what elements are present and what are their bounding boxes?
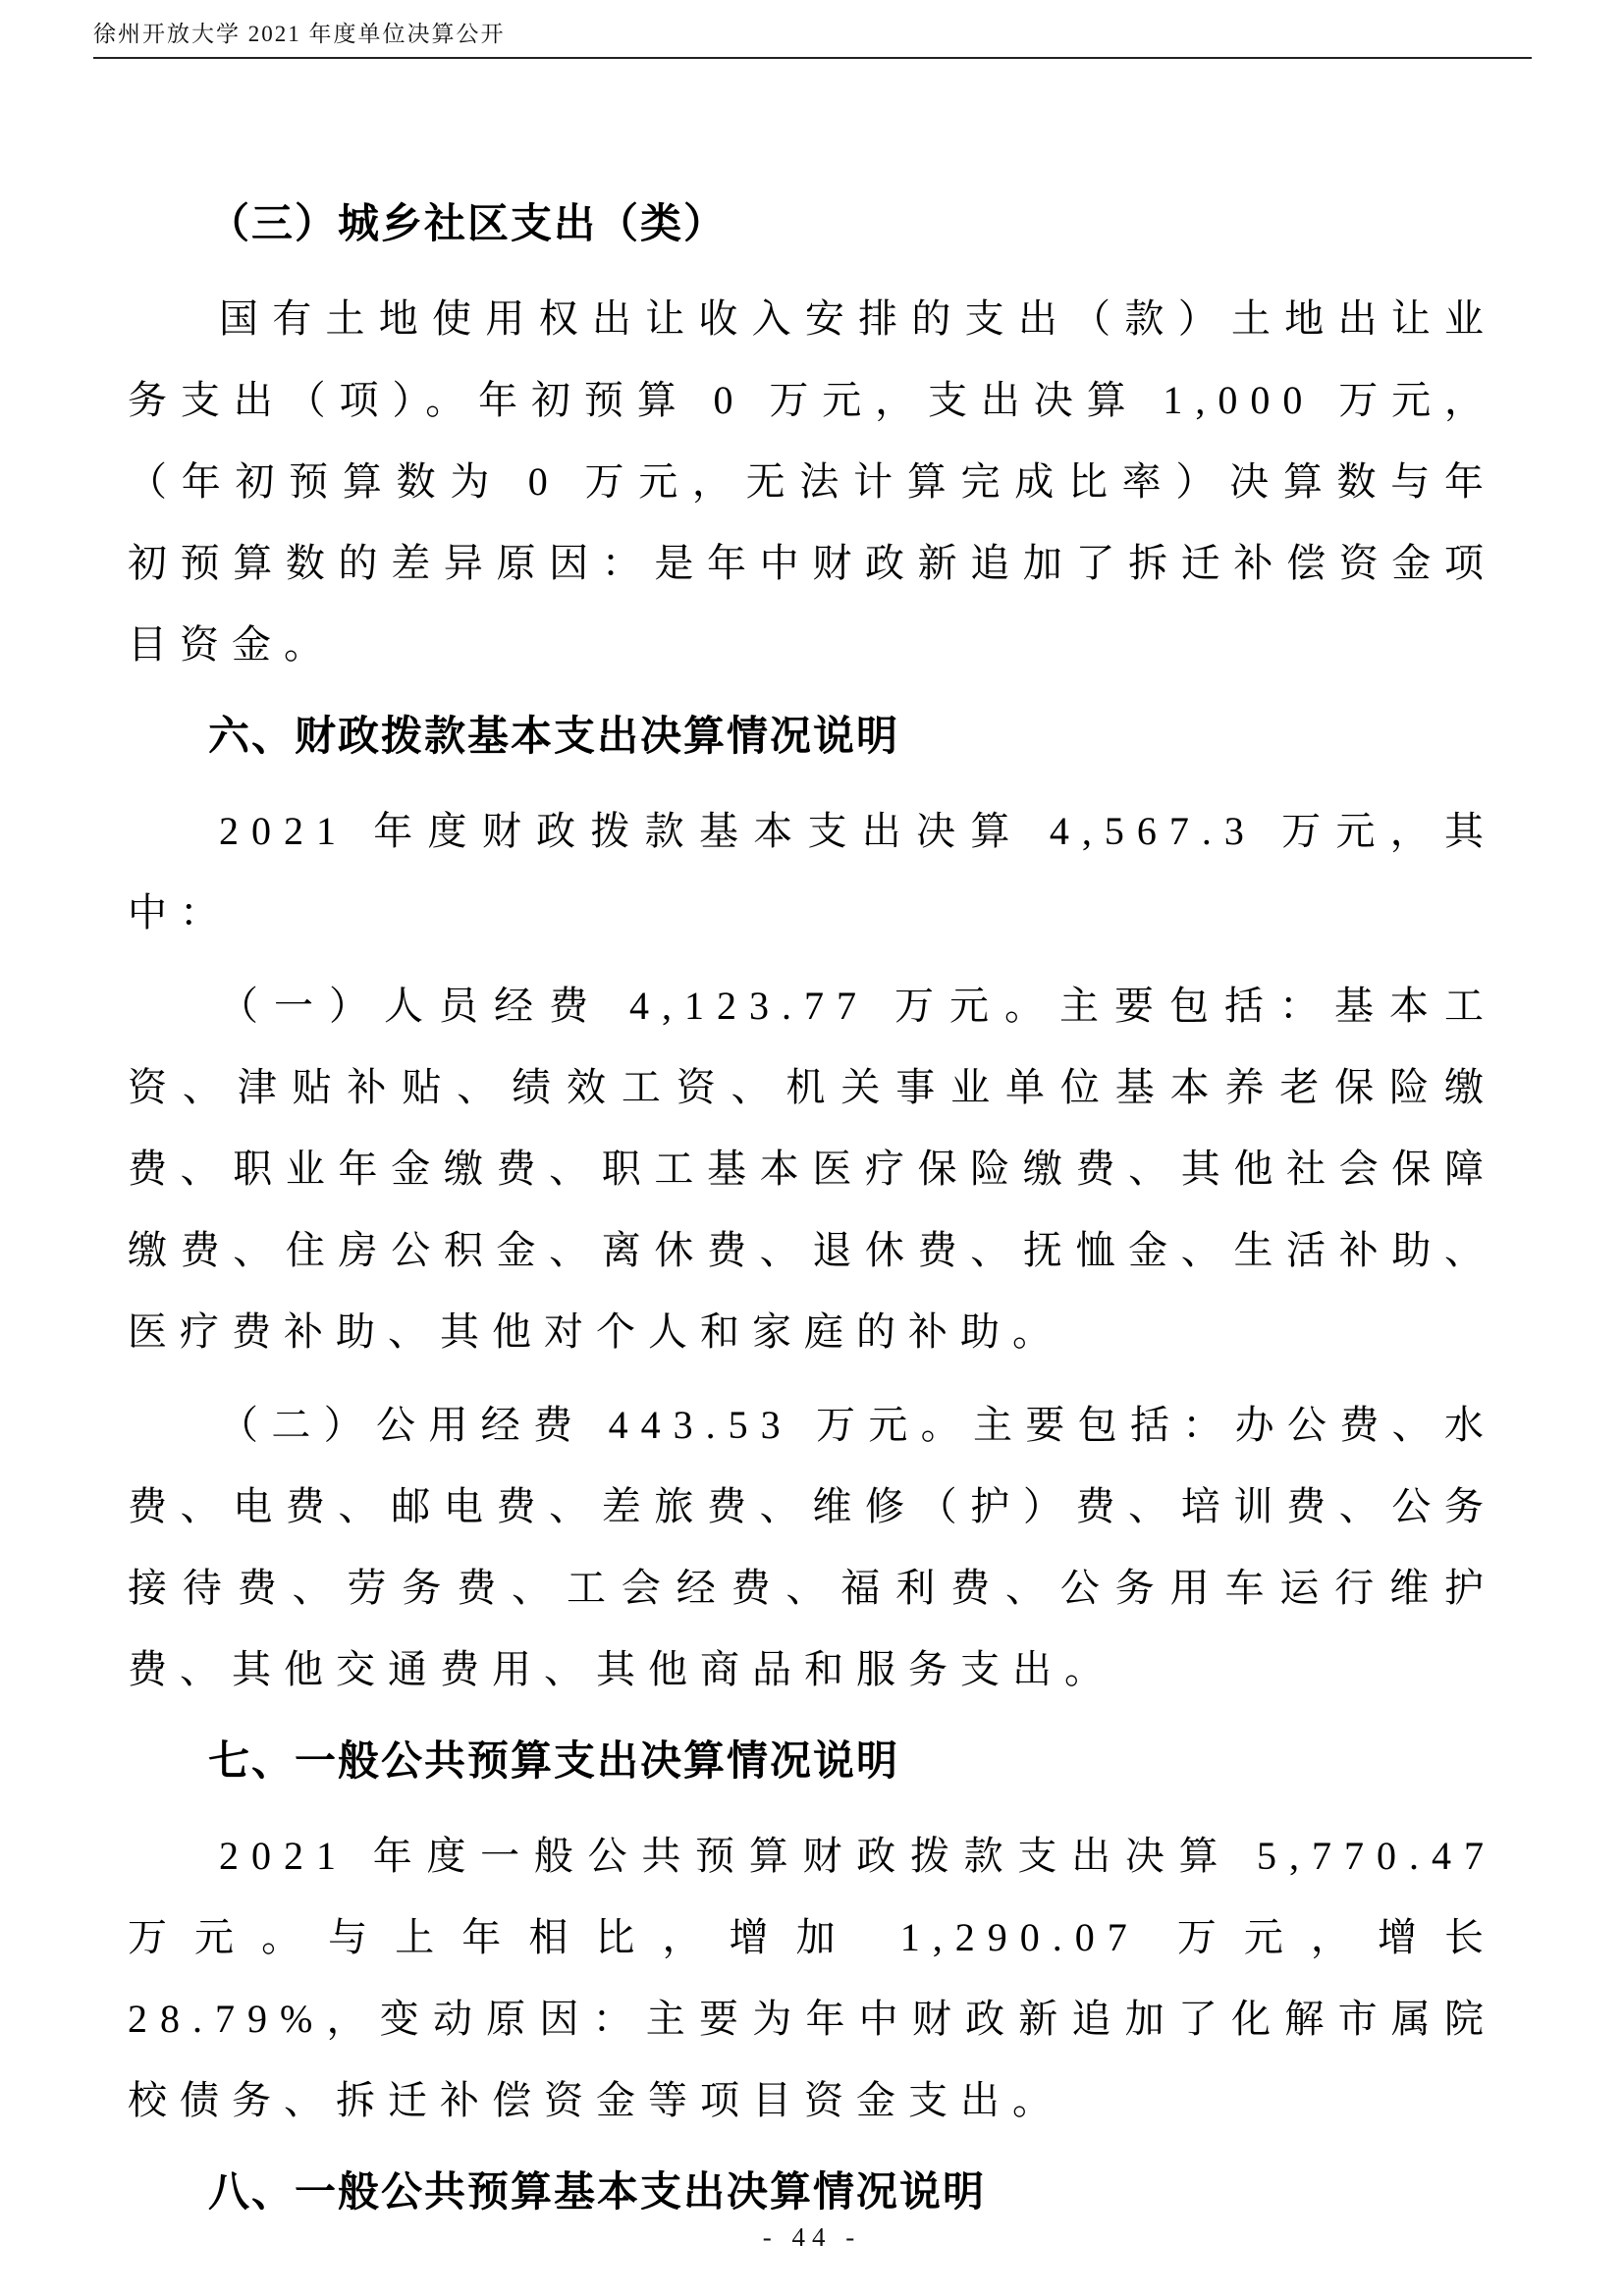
document-header: 徐州开放大学 2021 年度单位决算公开	[93, 16, 1532, 59]
paragraph-public-expenses: （二）公用经费 443.53 万元。主要包括：办公费、水费、电费、邮电费、差旅费…	[128, 1384, 1496, 1710]
page-number: - 44 -	[0, 2222, 1624, 2253]
section-heading-7-general-public-budget-expenditure: 七、一般公共预算支出决算情况说明	[128, 1722, 1496, 1803]
header-rule	[93, 57, 1532, 59]
header-title: 徐州开放大学 2021 年度单位决算公开	[93, 16, 1532, 57]
section-heading-6-fiscal-basic-expenditure: 六、财政拨款基本支出决算情况说明	[128, 697, 1496, 778]
document-body: （三）城乡社区支出（类） 国有土地使用权出让收入安排的支出（款）土地出让业务支出…	[128, 185, 1496, 2246]
paragraph-land-transfer-expenditure: 国有土地使用权出让收入安排的支出（款）土地出让业务支出（项）。年初预算 0 万元…	[128, 278, 1496, 685]
document-page: 徐州开放大学 2021 年度单位决算公开 （三）城乡社区支出（类） 国有土地使用…	[0, 0, 1624, 2296]
paragraph-general-public-budget-expenditure: 2021 年度一般公共预算财政拨款支出决算 5,770.47 万元。与上年相比，…	[128, 1815, 1496, 2141]
paragraph-2021-fiscal-basic-expenditure-total: 2021 年度财政拨款基本支出决算 4,567.3 万元，其中：	[128, 790, 1496, 953]
paragraph-personnel-expenses: （一）人员经费 4,123.77 万元。主要包括：基本工资、津贴补贴、绩效工资、…	[128, 965, 1496, 1372]
section-heading-urban-rural-community-expenditure: （三）城乡社区支出（类）	[128, 185, 1496, 266]
